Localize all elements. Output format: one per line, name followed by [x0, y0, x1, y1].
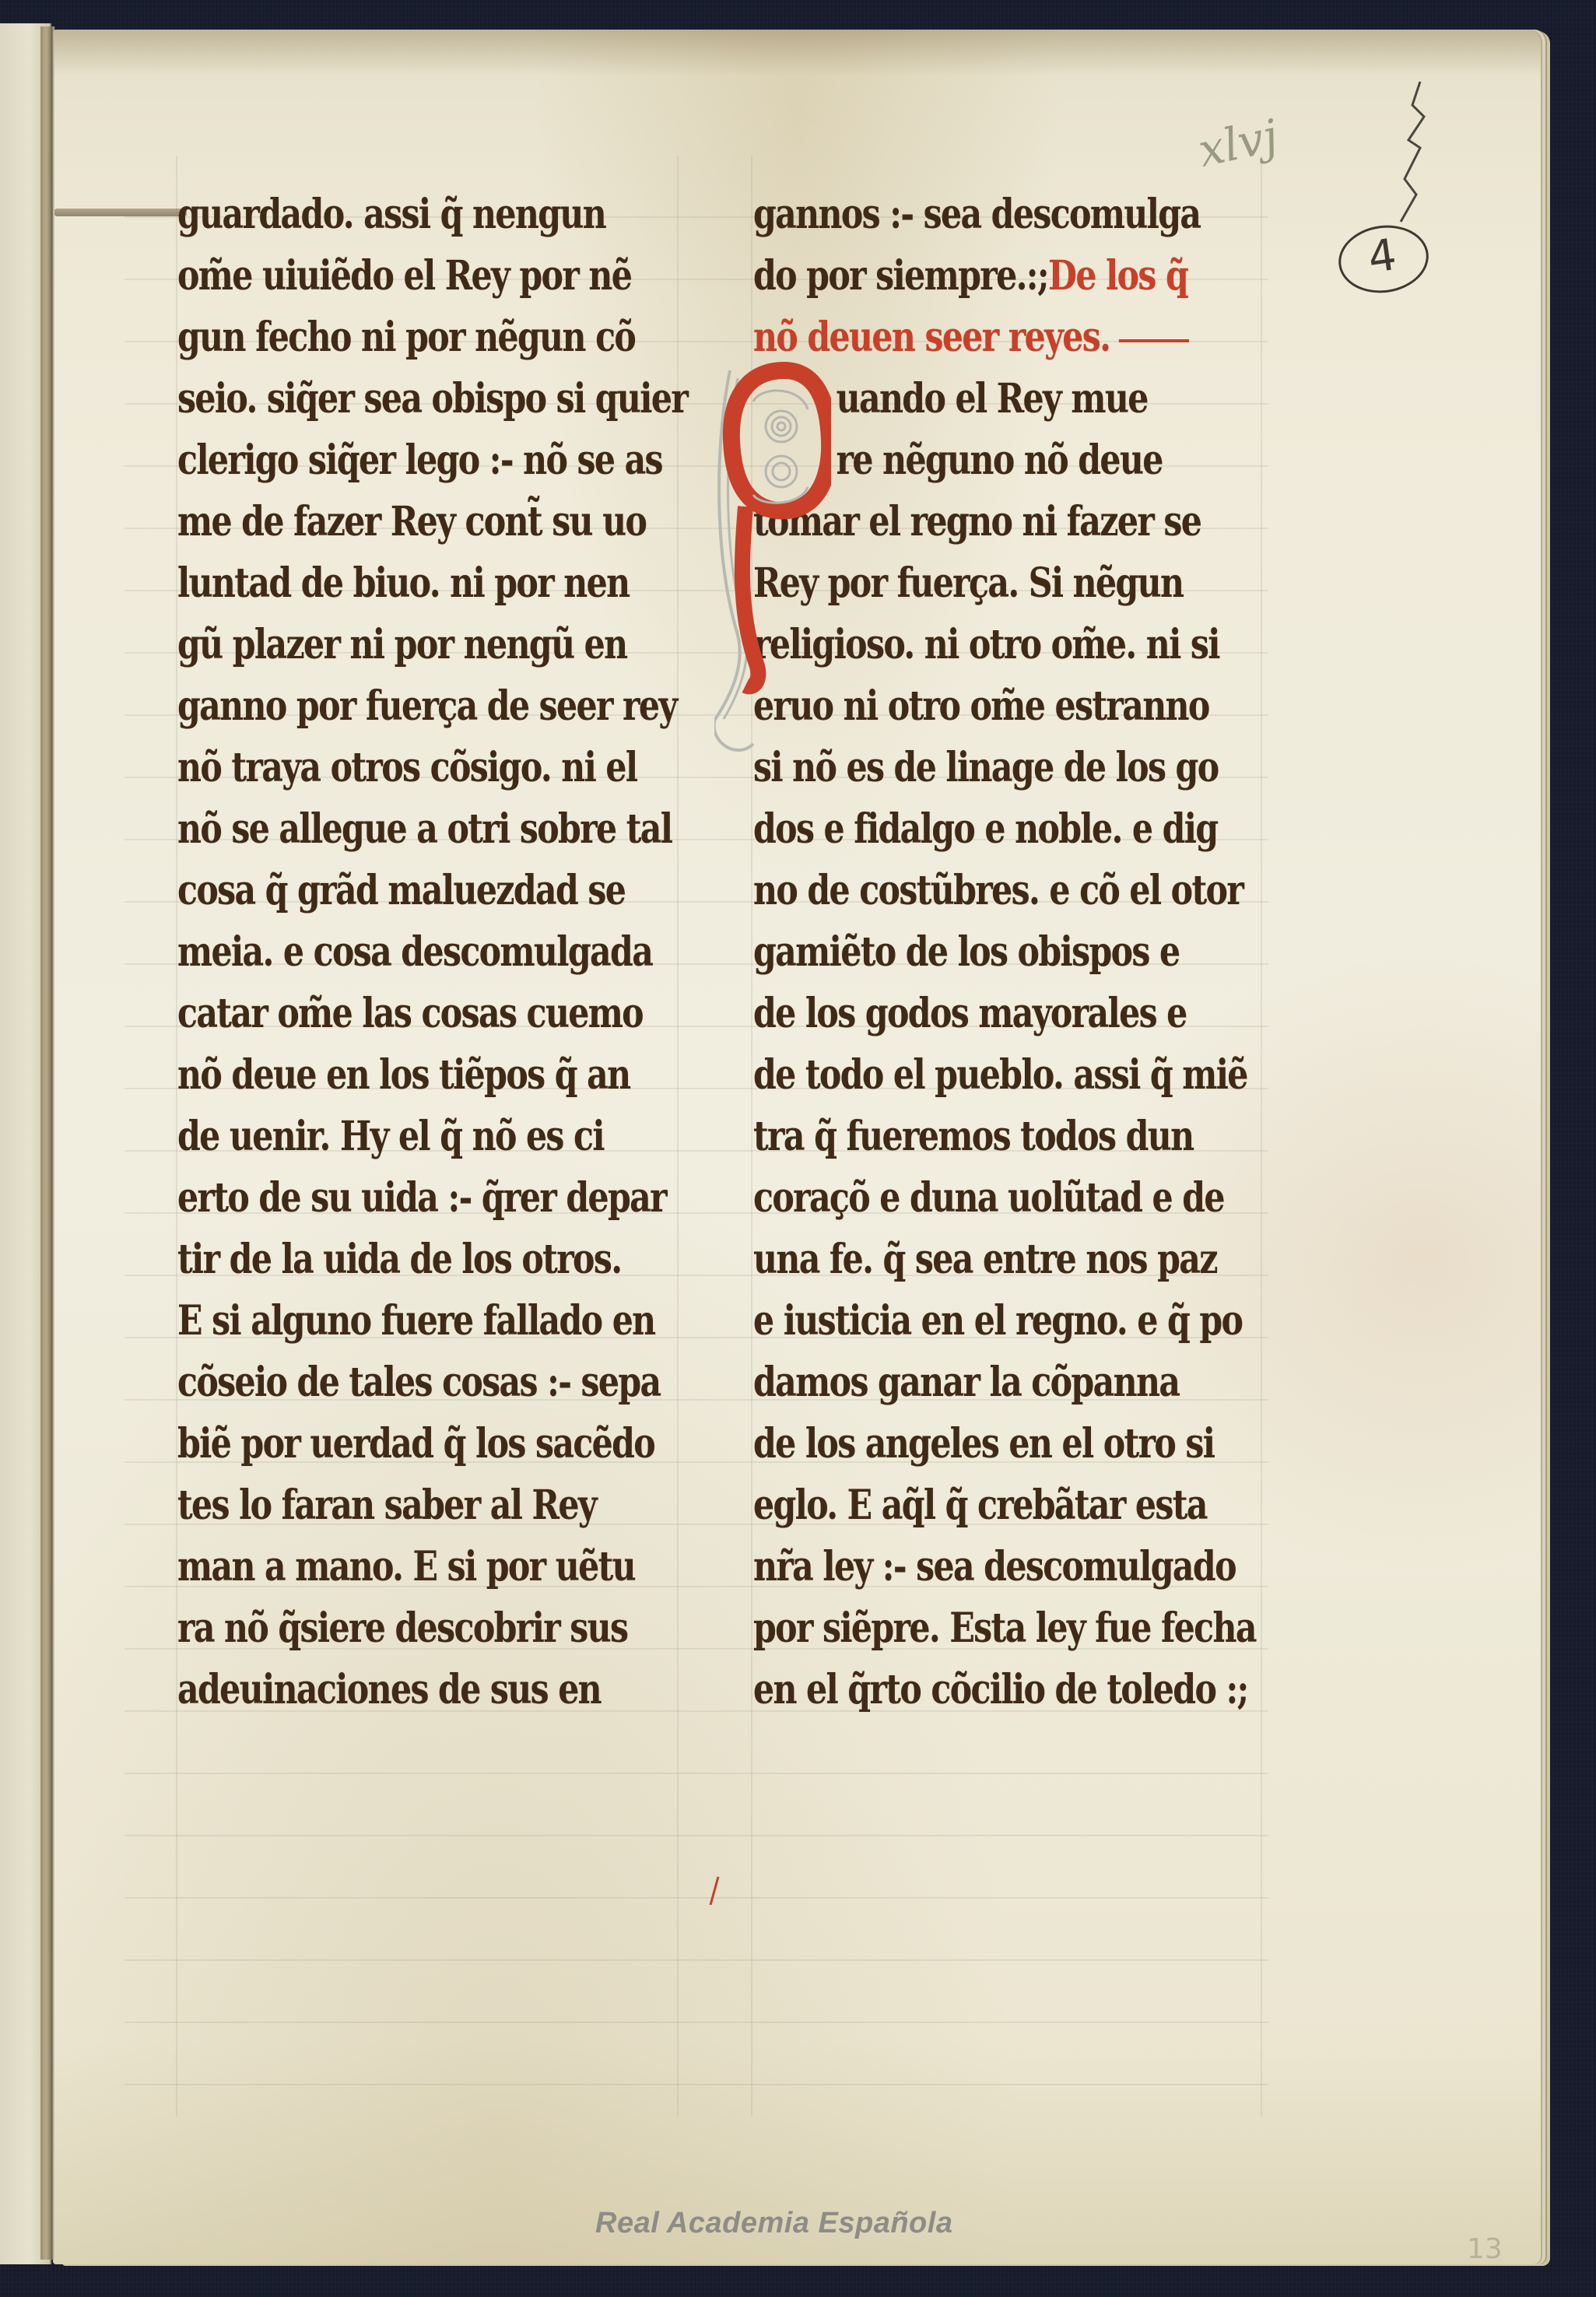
text-line: de todo el pueblo. assi q̃ miẽ: [753, 1044, 1429, 1106]
text-line: de los angeles en el otro si: [753, 1413, 1429, 1475]
text-line: eruo ni otro om̃e estranno: [753, 675, 1429, 737]
text-line: adeuinaciones de sus en: [177, 1659, 841, 1720]
stray-red-mark-icon: [707, 1875, 722, 1906]
text-line: gamiẽto de los obispos e: [753, 921, 1429, 983]
text-line: una fe. q̃ sea entre nos paz: [753, 1229, 1429, 1290]
text-line: en el q̃rto cõcilio de toledo :;: [753, 1659, 1429, 1720]
text-line: de uenir. Hy el q̃ nõ es ci: [177, 1106, 841, 1167]
text-line: tir de la uida de los otros.: [177, 1229, 841, 1290]
text-line: coraçõ e duna uolũtad e de: [753, 1167, 1429, 1229]
text-line: tomar el regno ni fazer se: [753, 491, 1429, 552]
text-line: nr̃a ley :- sea descomulgado: [753, 1536, 1429, 1597]
text-line: nõ se allegue a otri sobre tal: [177, 798, 841, 860]
text-line: erto de su uida :- q̃rer depar: [177, 1167, 841, 1229]
text-line: ra nõ q̃siere descobrir sus: [177, 1597, 841, 1659]
text-line: gannos :- sea descomulga: [753, 184, 1429, 245]
institution-watermark: Real Academia Española: [595, 2207, 952, 2240]
text-line: meia. e cosa descomulgada: [177, 921, 841, 983]
text-line: biẽ por uerdad q̃ los sacẽdo: [177, 1413, 841, 1475]
rubric-line-filler: [1119, 339, 1189, 342]
binding-gutter: [40, 26, 54, 2260]
rubric-title-line: nõ deuen seer reyes.: [753, 307, 1429, 368]
text-line: damos ganar la cõpanna: [753, 1352, 1429, 1413]
text-line: nõ deue en los tiẽpos q̃ an: [177, 1044, 841, 1106]
text-line: man a mano. E si por uẽtu: [177, 1536, 841, 1597]
text-column-right: gannos :- sea descomulga do por siempre.…: [753, 184, 1429, 1720]
text-line: cõseio de tales cosas :- sepa: [177, 1352, 841, 1413]
text-fragment: do por siempre.:;: [753, 252, 1048, 300]
text-line: re nẽguno nõ deue: [753, 430, 1429, 491]
text-line: guardado. assi q̃ nengun: [177, 184, 841, 245]
text-line: no de costũbres. e cõ el otor: [753, 860, 1429, 921]
text-line: por siẽpre. Esta ley fue fecha: [753, 1597, 1429, 1659]
rubric-text: nõ deuen seer reyes.: [753, 314, 1110, 361]
text-line-with-rubric: do por siempre.:;De los q̃: [753, 245, 1429, 307]
text-line: om̃e uiuiẽdo el Rey por nẽ: [177, 245, 841, 307]
circled-folio-digit: 4: [1365, 230, 1399, 283]
text-line: cosa q̃ grãd maluezdad se: [177, 860, 841, 921]
text-line: catar om̃e las cosas cuemo: [177, 983, 841, 1044]
text-line: tra q̃ fueremos todos dun: [753, 1106, 1429, 1167]
rubric-title: De los q̃: [1048, 252, 1187, 300]
text-line: religioso. ni otro om̃e. ni si: [753, 614, 1429, 675]
text-line: si nõ es de linage de los go: [753, 737, 1429, 798]
pen-trial-squiggle-icon: [1393, 78, 1440, 226]
text-line: Rey por fuerça. Si nẽgun: [753, 552, 1429, 614]
decorated-initial-q-icon: [714, 355, 831, 759]
text-line: dos e fidalgo e noble. e dig: [753, 798, 1429, 860]
text-line: tes lo faran saber al Rey: [177, 1475, 841, 1536]
text-line: E si alguno fuere fallado en: [177, 1290, 841, 1352]
text-line: eglo. E aq̃l q̃ crebãtar esta: [753, 1475, 1429, 1536]
text-line: de los godos mayorales e: [753, 983, 1429, 1044]
text-line: e iusticia en el regno. e q̃ po: [753, 1290, 1429, 1352]
page-number: 13: [1467, 2233, 1503, 2265]
text-line: uando el Rey mue: [753, 368, 1429, 430]
